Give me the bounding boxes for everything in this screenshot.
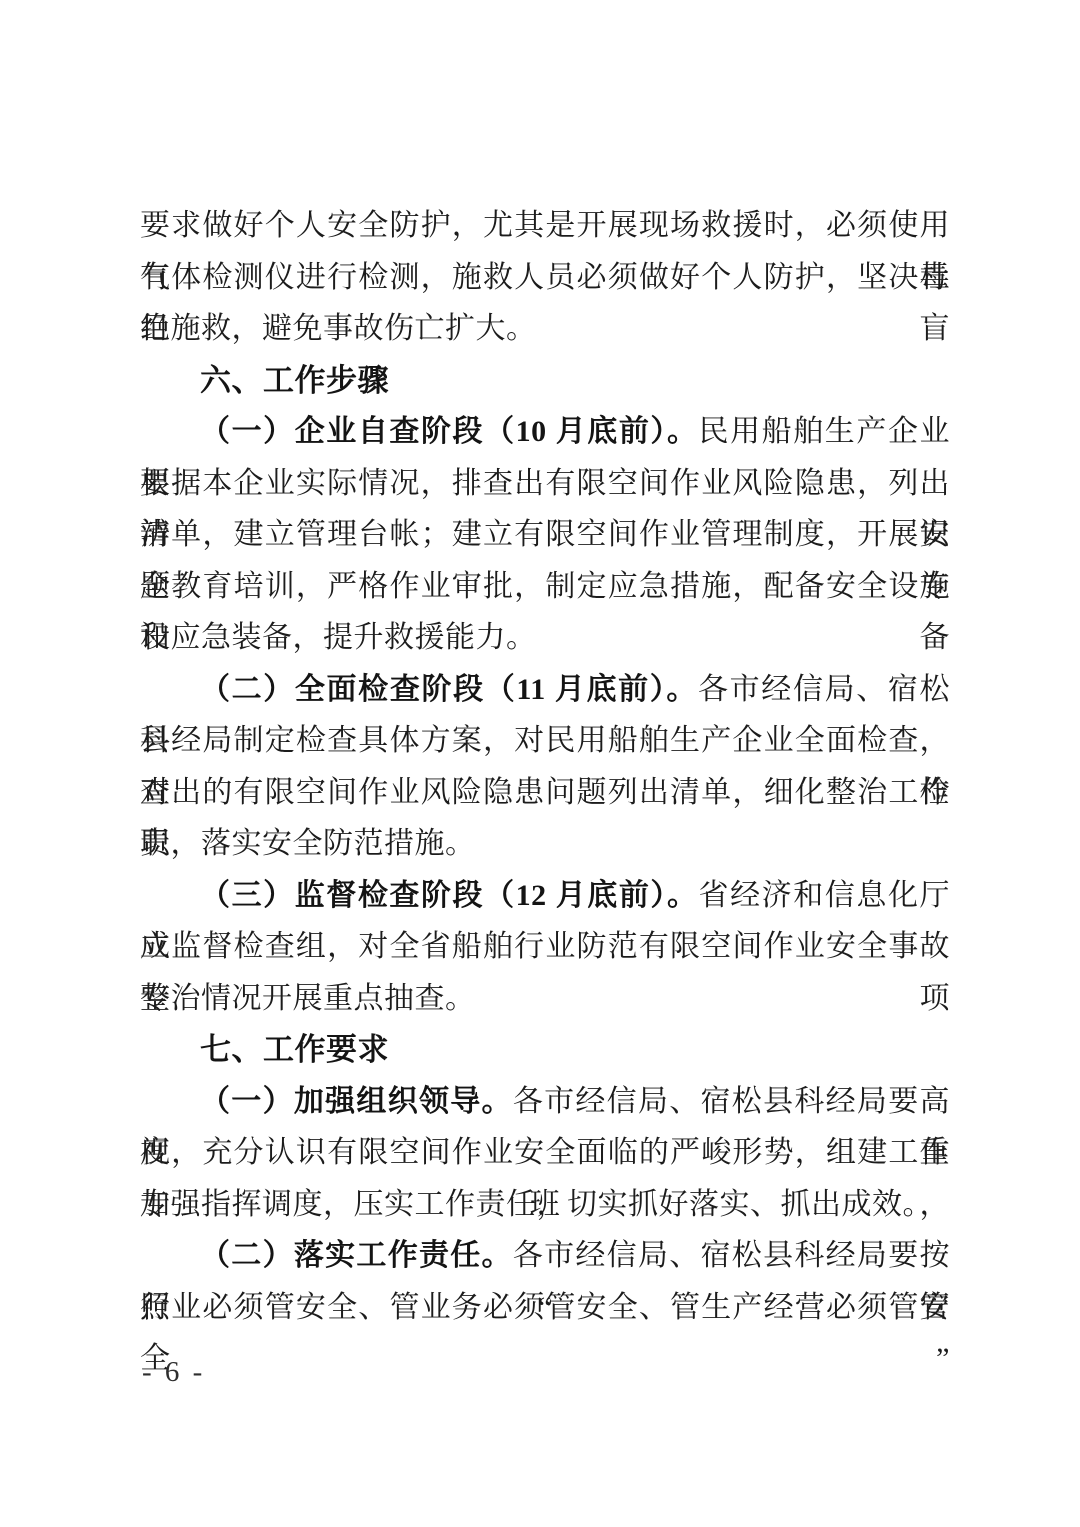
para-5-line-2: 视，充分认识有限空间作业安全面临的严峻形势，组建工作专班， [140,1127,950,1179]
para-3-lead: （二）全面检查阶段（11 月底前）。 [200,673,698,706]
heading-section-seven: 七、工作要求 [140,1024,950,1076]
para-2-line-2: 根据本企业实际情况，排查出有限空间作业风险隐患，列出辨识 [140,458,950,510]
document-body: 要求做好个人安全防护，尤其是开展现场救援时，必须使用有毒 气体检测仪进行检测，施… [140,200,950,1333]
page-number: - 6 - [142,1352,205,1392]
para-2-line-1: （一）企业自查阶段（10 月底前）。民用船舶生产企业要 [140,406,950,458]
para-4-line-2: 立监督检查组，对全省船舶行业防范有限空间作业安全事故专项 [140,921,950,973]
para-2-line-3: 清单，建立管理台帐；建立有限空间作业管理制度，开展安全专 [140,509,950,561]
para-3-line-3: 查出的有限空间作业风险隐患问题列出清单，细化整治工作职 [140,767,950,819]
para-3-line-2: 科经局制定检查具体方案，对民用船舶生产企业全面检查，对检 [140,715,950,767]
para-3-line-1: （二）全面检查阶段（11 月底前）。各市经信局、宿松县 [140,664,950,716]
para-5-line-1: （一）加强组织领导。各市经信局、宿松县科经局要高度重 [140,1076,950,1128]
para-1-line-2: 气体检测仪进行检测，施救人员必须做好个人防护，坚决杜绝盲 [140,252,950,304]
para-6-line-2: 行业必须管安全、管业务必须管安全、管生产经营必须管安全” [140,1282,950,1334]
para-3-line-4: 责，落实安全防范措施。 [140,818,950,870]
para-4-line-1: （三）监督检查阶段（12 月底前）。省经济和信息化厅成 [140,870,950,922]
para-5-lead: （一）加强组织领导。 [200,1085,513,1118]
para-4-lead: （三）监督检查阶段（12 月底前）。 [200,879,699,912]
para-6-lead: （二）落实工作责任。 [200,1239,513,1272]
para-2-line-4: 题教育培训，严格作业审批，制定应急措施，配备安全设施设备 [140,561,950,613]
document-page: 要求做好个人安全防护，尤其是开展现场救援时，必须使用有毒 气体检测仪进行检测，施… [0,0,1080,1527]
heading-section-six: 六、工作步骤 [140,355,950,407]
para-5-line-3: 加强指挥调度，压实工作责任，切实抓好落实、抓出成效。 [140,1179,950,1231]
para-6-line-1: （二）落实工作责任。各市经信局、宿松县科经局要按照“管 [140,1230,950,1282]
para-1-line-1: 要求做好个人安全防护，尤其是开展现场救援时，必须使用有毒 [140,200,950,252]
para-2-lead: （一）企业自查阶段（10 月底前）。 [200,415,699,448]
